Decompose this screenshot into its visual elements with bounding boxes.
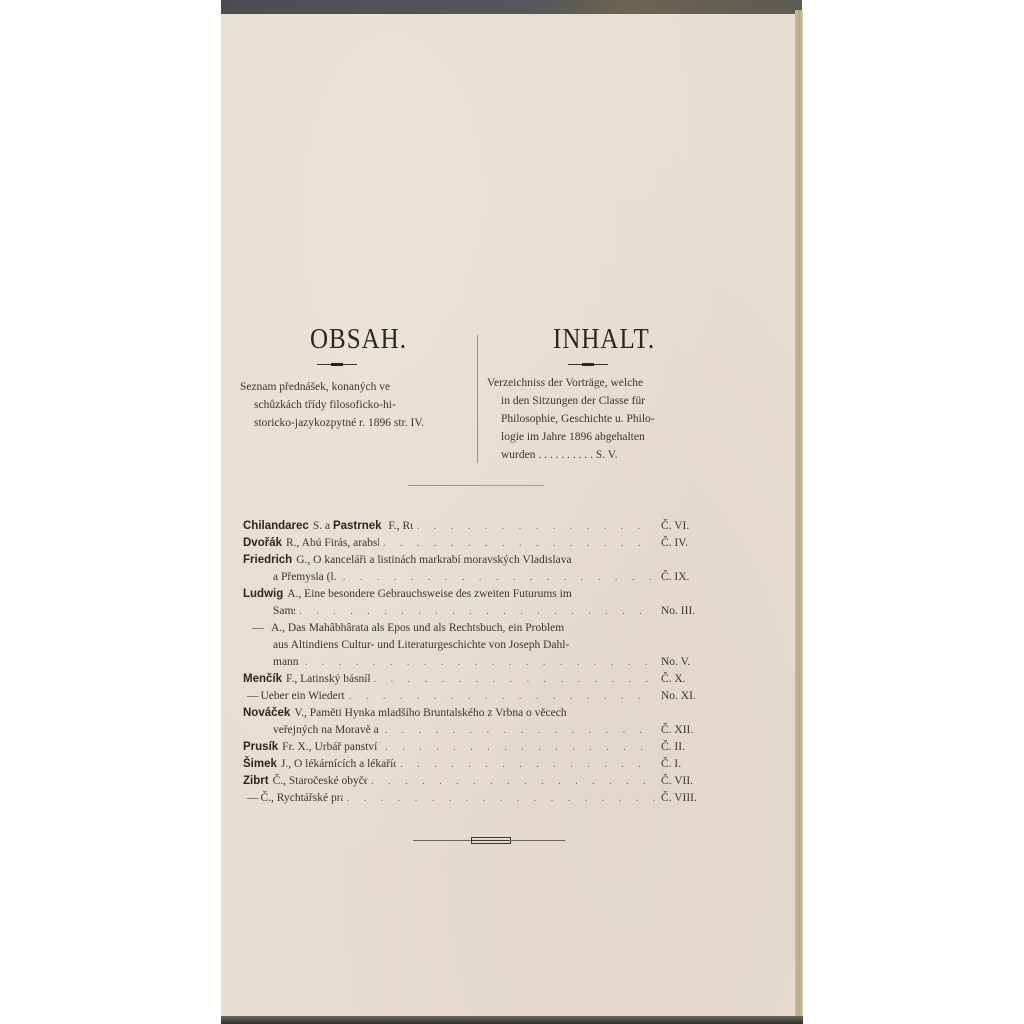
column-divider xyxy=(477,335,478,463)
title-czech: OBSAH. xyxy=(310,324,407,356)
toc-entry-line: PrusíkFr. X., Urbář panství Kaceřovského… xyxy=(243,739,731,756)
ditto-dash: — xyxy=(247,688,259,705)
toc-entry-line: DvořákR., Abú Firás, arabský básník a re… xyxy=(243,535,731,552)
ornament-line xyxy=(413,840,471,841)
toc-entry-line: Samskṛt. . . . . . . . . . . . . . . . .… xyxy=(243,603,731,620)
entry-title: Ueber ein Wiedertäufergesangsbuch xyxy=(261,688,345,705)
issue-reference: Č. IV. xyxy=(655,535,731,552)
entry-title: R., Abú Firás, arabský básník a rek X. s… xyxy=(286,535,379,552)
dot-leader: . . . . . . . . . . . . . . . . . . . . … xyxy=(367,773,655,790)
issue-reference: Č. VI. xyxy=(655,518,731,535)
entry-title: Fr. X., Urbář panství Kaceřovského z rok… xyxy=(282,739,381,756)
dot-leader: . . . . . . . . . . . . . . . . . . . . … xyxy=(343,790,655,807)
german-description: Verzeichniss der Vorträge, welche in den… xyxy=(487,374,727,464)
author-name: Zibrt xyxy=(243,773,269,790)
toc-entry-line: FriedrichG., O kanceláři a listinách mar… xyxy=(243,552,731,569)
toc-entry-line: —A., Das Mahâbhârata als Epos und als Re… xyxy=(243,620,731,637)
ditto-dash: — xyxy=(247,790,259,807)
coauthor-name: Pastrnek xyxy=(333,520,382,532)
czech-description: Seznam přednášek, konaných ve schůzkách … xyxy=(240,378,475,432)
issue-reference: Č. XII. xyxy=(655,722,731,739)
toc-entry-line: NováčekV., Paměti Hynka mladšího Bruntal… xyxy=(243,705,731,722)
page-bottom-shadow xyxy=(221,1016,803,1024)
entry-title: Č., Rychtářské právo, palice, kluka xyxy=(261,790,343,807)
toc-entry-line: mann S. J.. . . . . . . . . . . . . . . … xyxy=(243,654,731,671)
page-edge xyxy=(795,10,803,1022)
title-ornament-right xyxy=(568,364,608,365)
toc-entry-line: aus Altindiens Cultur- und Literaturgesc… xyxy=(243,637,731,654)
author-name: Menčík xyxy=(243,671,282,688)
title-german: INHALT. xyxy=(553,324,655,356)
toc-entry: NováčekV., Paměti Hynka mladšího Bruntal… xyxy=(243,705,731,739)
book-cover-edge xyxy=(221,0,802,15)
dot-leader: . . . . . . . . . . . . . . . . . . . . … xyxy=(345,688,655,705)
issue-reference: No. XI. xyxy=(655,688,731,705)
issue-reference: Č. II. xyxy=(655,739,731,756)
toc-entry-line: —Č., Rychtářské právo, palice, kluka. . … xyxy=(243,790,731,807)
entry-title: A., Eine besondere Gebrauchsweise des zw… xyxy=(287,586,572,603)
entry-title: veřejných na Moravě a v Opavsku z let 16… xyxy=(273,722,381,739)
toc-entry-line: a Přemysla (l. 1198—1239). . . . . . . .… xyxy=(243,569,731,586)
author-name: Ludwig xyxy=(243,586,283,603)
author-name: Šimek xyxy=(243,756,277,773)
author-name: Dvořák xyxy=(243,535,282,552)
description-line: wurden . . . . . . . . . . S. V. xyxy=(487,446,727,464)
toc-entry-line: MenčíkF., Latinský básník Jeronym Arcona… xyxy=(243,671,731,688)
issue-reference: No. III. xyxy=(655,603,731,620)
author-name: Prusík xyxy=(243,739,278,756)
ornament-center xyxy=(471,837,511,844)
book-page xyxy=(221,14,797,1018)
toc-entry: DvořákR., Abú Firás, arabský básník a re… xyxy=(243,535,731,552)
description-line: logie im Jahre 1896 abgehalten xyxy=(487,428,727,446)
entry-title: a Přemysla (l. 1198—1239) xyxy=(273,569,339,586)
toc-entry-line: veřejných na Moravě a v Opavsku z let 16… xyxy=(243,722,731,739)
toc-entry: ChilandarecS. a Pastrnek F., Rukopisy a … xyxy=(243,518,731,535)
description-line: storicko-jazykozpytné r. 1896 str. IV. xyxy=(240,414,475,432)
entry-title: A., Das Mahâbhârata als Epos und als Rec… xyxy=(271,620,564,637)
ornament-line xyxy=(509,840,565,841)
description-line: Seznam přednášek, konaných ve xyxy=(240,378,475,396)
toc-entry: ŠimekJ., O lékárnících a lékařích Kutnoh… xyxy=(243,756,731,773)
dot-leader: . . . . . . . . . . . . . . . . . . . . … xyxy=(381,722,655,739)
author-name: Nováček xyxy=(243,705,290,722)
entry-title: Č., Staročeské obyčeje a pověry pivovars… xyxy=(273,773,368,790)
toc-entry-line: LudwigA., Eine besondere Gebrauchsweise … xyxy=(243,586,731,603)
description-line: Philosophie, Geschichte u. Philo- xyxy=(487,410,727,428)
toc-entry: —Ueber ein Wiedertäufergesangsbuch. . . … xyxy=(243,688,731,705)
dot-leader: . . . . . . . . . . . . . . . . . . . . … xyxy=(379,535,655,552)
dot-leader: . . . . . . . . . . . . . . . . . . . . … xyxy=(370,671,655,688)
toc-entry: MenčíkF., Latinský básník Jeronym Arcona… xyxy=(243,671,731,688)
issue-reference: Č. VII. xyxy=(655,773,731,790)
description-line: in den Sitzungen der Classe für xyxy=(487,392,727,410)
toc-entry: —A., Das Mahâbhârata als Epos und als Re… xyxy=(243,620,731,671)
entry-title: G., O kanceláři a listinách markrabí mor… xyxy=(296,552,571,569)
description-line: Verzeichniss der Vorträge, welche xyxy=(487,374,727,392)
dot-leader: . . . . . . . . . . . . . . . . . . . . … xyxy=(295,603,655,620)
issue-reference: Č. X. xyxy=(655,671,731,688)
author-name: Chilandarec xyxy=(243,518,309,535)
issue-reference: No. V. xyxy=(655,654,731,671)
toc-entry-line: ŠimekJ., O lékárnících a lékařích Kutnoh… xyxy=(243,756,731,773)
section-rule xyxy=(408,485,544,486)
toc-entry: ZibrtČ., Staročeské obyčeje a pověry piv… xyxy=(243,773,731,790)
entry-title: Samskṛt xyxy=(273,603,295,620)
issue-reference: Č. VIII. xyxy=(655,790,731,807)
author-name: Friedrich xyxy=(243,552,292,569)
table-of-contents: ChilandarecS. a Pastrnek F., Rukopisy a … xyxy=(243,518,731,807)
dot-leader: . . . . . . . . . . . . . . . . . . . . … xyxy=(413,518,655,535)
toc-entry-line: ZibrtČ., Staročeské obyčeje a pověry piv… xyxy=(243,773,731,790)
dot-leader: . . . . . . . . . . . . . . . . . . . . … xyxy=(396,756,655,773)
toc-entry: FriedrichG., O kanceláři a listinách mar… xyxy=(243,552,731,586)
title-ornament-left xyxy=(317,364,357,365)
toc-entry: PrusíkFr. X., Urbář panství Kaceřovského… xyxy=(243,739,731,756)
toc-entry-line: —Ueber ein Wiedertäufergesangsbuch. . . … xyxy=(243,688,731,705)
description-line: schůzkách třídy filosoficko-hi- xyxy=(240,396,475,414)
entry-title: J., O lékárnících a lékařích Kutnohorský… xyxy=(281,756,396,773)
entry-title: F., Latinský básník Jeronym Arconatus xyxy=(286,671,370,688)
entry-title: S. a Pastrnek F., Rukopisy a starotisky … xyxy=(313,518,413,535)
toc-entry: —Č., Rychtářské právo, palice, kluka. . … xyxy=(243,790,731,807)
bottom-ornament xyxy=(413,836,565,845)
issue-reference: Č. I. xyxy=(655,756,731,773)
ditto-dash: — xyxy=(247,620,269,637)
entry-title: aus Altindiens Cultur- und Literaturgesc… xyxy=(273,637,569,654)
entry-title: mann S. J. xyxy=(273,654,301,671)
entry-title: V., Paměti Hynka mladšího Bruntalského z… xyxy=(294,705,566,722)
toc-entry: LudwigA., Eine besondere Gebrauchsweise … xyxy=(243,586,731,620)
issue-reference: Č. IX. xyxy=(655,569,731,586)
dot-leader: . . . . . . . . . . . . . . . . . . . . … xyxy=(339,569,655,586)
dot-leader: . . . . . . . . . . . . . . . . . . . . … xyxy=(381,739,655,756)
toc-entry-line: ChilandarecS. a Pastrnek F., Rukopisy a … xyxy=(243,518,731,535)
dot-leader: . . . . . . . . . . . . . . . . . . . . … xyxy=(301,654,655,671)
